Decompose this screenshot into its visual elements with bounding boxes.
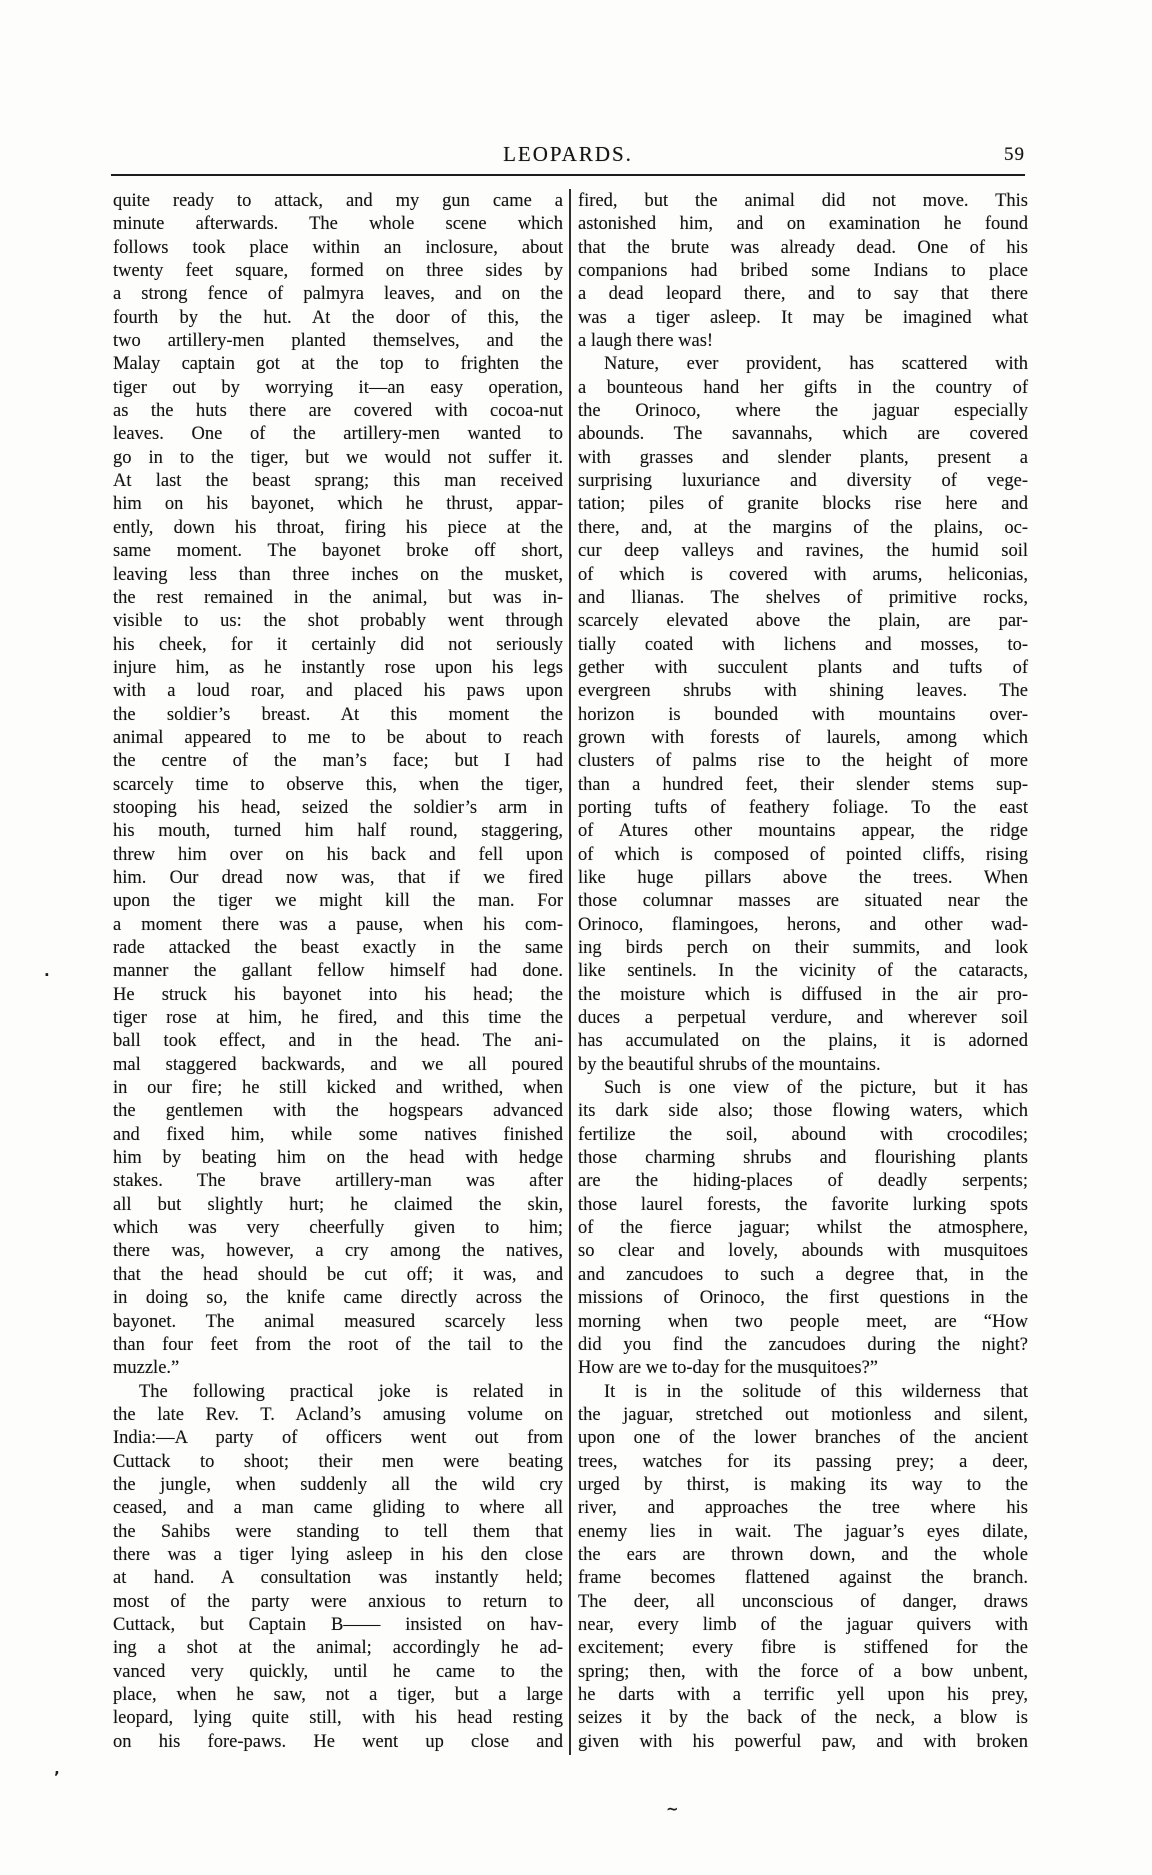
text-line: place, when he saw, not a tiger, but a l… <box>113 1684 563 1707</box>
text-line: and zancudoes to such a degree that, in … <box>578 1264 1028 1287</box>
text-line: bayonet. The animal measured scarcely le… <box>113 1311 563 1334</box>
text-line: follows took place within an inclosure, … <box>113 237 563 260</box>
text-line: at hand. A consultation was instantly he… <box>113 1567 563 1590</box>
text-line: It is in the solitude of this wilderness… <box>578 1381 1028 1404</box>
text-line: of which is covered with arums, heliconi… <box>578 564 1028 587</box>
paragraph: It is in the solitude of this wilderness… <box>578 1381 1028 1755</box>
text-line: gether with succulent plants and tufts o… <box>578 657 1028 680</box>
text-line: animal appeared to me to be about to rea… <box>113 727 563 750</box>
text-line: him on his bayonet, which he thrust, app… <box>113 493 563 516</box>
book-page: LEOPARDS. 59 quite ready to attack, and … <box>0 0 1152 1875</box>
text-line: a bounteous hand her gifts in the countr… <box>578 377 1028 400</box>
text-line: threw him over on his back and fell upon <box>113 844 563 867</box>
text-line: the soldier’s breast. At this moment the <box>113 704 563 727</box>
text-line: Orinoco, flamingoes, herons, and other w… <box>578 914 1028 937</box>
text-line: the moisture which is diffused in the ai… <box>578 984 1028 1007</box>
text-line: porting tufts of feathery foliage. To th… <box>578 797 1028 820</box>
text-line: ing birds perch on their summits, and lo… <box>578 937 1028 960</box>
text-line: excitement; every fibre is stiffened for… <box>578 1637 1028 1660</box>
text-line: visible to us: the shot probably went th… <box>113 610 563 633</box>
text-line: than a hundred feet, their slender stems… <box>578 774 1028 797</box>
text-line: its dark side also; those flowing waters… <box>578 1100 1028 1123</box>
text-line: India:—A party of officers went out from <box>113 1427 563 1450</box>
text-line: Cuttack to shoot; their men were beating <box>113 1451 563 1474</box>
text-line: companions had bribed some Indians to pl… <box>578 260 1028 283</box>
left-column: quite ready to attack, and my gun came a… <box>113 190 563 1754</box>
text-line: horizon is bounded with mountains over- <box>578 704 1028 727</box>
right-column: fired, but the animal did not move. This… <box>578 190 1028 1754</box>
text-line: that the head should be cut off; it was,… <box>113 1264 563 1287</box>
text-line: fertilize the soil, abound with crocodil… <box>578 1124 1028 1147</box>
text-line: The following practical joke is related … <box>113 1381 563 1404</box>
text-line: river, and approaches the tree where his <box>578 1497 1028 1520</box>
text-line: there was, however, a cry among the nati… <box>113 1240 563 1263</box>
text-line: Such is one view of the picture, but it … <box>578 1077 1028 1100</box>
text-line: he darts with a terrific yell upon his p… <box>578 1684 1028 1707</box>
text-line: ing a shot at the animal; accordingly he… <box>113 1637 563 1660</box>
text-line: given with his powerful paw, and with br… <box>578 1731 1028 1754</box>
text-line: a dead leopard there, and to say that th… <box>578 283 1028 306</box>
text-line: missions of Orinoco, the first questions… <box>578 1287 1028 1310</box>
text-line: stakes. The brave artillery-man was afte… <box>113 1170 563 1193</box>
text-line: enemy lies in wait. The jaguar’s eyes di… <box>578 1521 1028 1544</box>
text-line: a laugh there was! <box>578 330 1028 353</box>
text-line: the centre of the man’s face; but I had <box>113 750 563 773</box>
text-line: the late Rev. T. Acland’s amusing volume… <box>113 1404 563 1427</box>
page-header: LEOPARDS. 59 <box>111 142 1025 168</box>
text-line: than four feet from the root of the tail… <box>113 1334 563 1357</box>
text-line: muzzle.” <box>113 1357 563 1380</box>
paragraph: Such is one view of the picture, but it … <box>578 1077 1028 1380</box>
text-line: cur deep valleys and ravines, the humid … <box>578 540 1028 563</box>
text-line: on his fore-paws. He went up close and <box>113 1731 563 1754</box>
text-line: as the huts there are covered with cocoa… <box>113 400 563 423</box>
text-line: there was a tiger lying asleep in his de… <box>113 1544 563 1567</box>
text-line: leaving less than three inches on the mu… <box>113 564 563 587</box>
paragraph: quite ready to attack, and my gun came a… <box>113 190 563 1381</box>
text-line: tiger rose at him, he fired, and this ti… <box>113 1007 563 1030</box>
text-line: vanced very quickly, until he came to th… <box>113 1661 563 1684</box>
text-line: urged by thirst, is making its way to th… <box>578 1474 1028 1497</box>
text-line: are the hiding-places of deadly serpents… <box>578 1170 1028 1193</box>
text-line: was a tiger asleep. It may be imagined w… <box>578 307 1028 330</box>
text-line: so clear and lovely, abounds with musqui… <box>578 1240 1028 1263</box>
text-line: most of the party were anxious to return… <box>113 1591 563 1614</box>
header-rule <box>111 174 1025 176</box>
text-line: rade attacked the beast exactly in the s… <box>113 937 563 960</box>
text-line: astonished him, and on examination he fo… <box>578 213 1028 236</box>
paragraph: Nature, ever provident, has scattered wi… <box>578 353 1028 1077</box>
text-line: The deer, all unconscious of danger, dra… <box>578 1591 1028 1614</box>
text-line: duces a perpetual verdure, and wherever … <box>578 1007 1028 1030</box>
text-line: of which is composed of pointed cliffs, … <box>578 844 1028 867</box>
text-line: the Sahibs were standing to tell them th… <box>113 1521 563 1544</box>
text-line: minute afterwards. The whole scene which <box>113 213 563 236</box>
text-line: in doing so, the knife came directly acr… <box>113 1287 563 1310</box>
text-line: ball took effect, and in the head. The a… <box>113 1030 563 1053</box>
text-line: twenty feet square, formed on three side… <box>113 260 563 283</box>
text-line: there, and, at the margins of the plains… <box>578 517 1028 540</box>
text-line: surprising luxuriance and diversity of v… <box>578 470 1028 493</box>
text-line: evergreen shrubs with shining leaves. Th… <box>578 680 1028 703</box>
text-line: that the brute was already dead. One of … <box>578 237 1028 260</box>
text-line: all but slightly hurt; he claimed the sk… <box>113 1194 563 1217</box>
text-line: Malay captain got at the top to frighten… <box>113 353 563 376</box>
text-line: spring; then, with the force of a bow un… <box>578 1661 1028 1684</box>
text-line: the jaguar, stretched out motionless and… <box>578 1404 1028 1427</box>
text-line: like huge pillars above the trees. When <box>578 867 1028 890</box>
text-line: ently, down his throat, firing his piece… <box>113 517 563 540</box>
text-line: manner the gallant fellow himself had do… <box>113 960 563 983</box>
text-line: scarcely time to observe this, when the … <box>113 774 563 797</box>
text-line: those laurel forests, the favorite lurki… <box>578 1194 1028 1217</box>
text-line: injure him, as he instantly rose upon hi… <box>113 657 563 680</box>
ink-speck: · <box>44 966 50 984</box>
text-line: the ears are thrown down, and the whole <box>578 1544 1028 1567</box>
text-line: grown with forests of laurels, among whi… <box>578 727 1028 750</box>
page-title: LEOPARDS. <box>111 142 1025 167</box>
text-line: morning when two people meet, are “How <box>578 1311 1028 1334</box>
text-line: which was very cheerfully given to him; <box>113 1217 563 1240</box>
text-line: has accumulated on the plains, it is ado… <box>578 1030 1028 1053</box>
text-line: and fixed him, while some natives finish… <box>113 1124 563 1147</box>
text-line: his cheek, for it certainly did not seri… <box>113 634 563 657</box>
text-line: leopard, lying quite still, with his hea… <box>113 1707 563 1730</box>
text-line: and llianas. The shelves of primitive ro… <box>578 587 1028 610</box>
text-line: leaves. One of the artillery-men wanted … <box>113 423 563 446</box>
text-line: the rest remained in the animal, but was… <box>113 587 563 610</box>
text-line: two artillery-men planted themselves, an… <box>113 330 563 353</box>
text-line: upon one of the lower branches of the an… <box>578 1427 1028 1450</box>
text-line: He struck his bayonet into his head; the <box>113 984 563 1007</box>
text-line: Nature, ever provident, has scattered wi… <box>578 353 1028 376</box>
text-line: upon the tiger we might kill the man. Fo… <box>113 890 563 913</box>
text-line: ceased, and a man came gliding to where … <box>113 1497 563 1520</box>
text-line: tation; piles of granite blocks rise her… <box>578 493 1028 516</box>
text-line: fourth by the hut. At the door of this, … <box>113 307 563 330</box>
text-line: those columnar masses are situated near … <box>578 890 1028 913</box>
text-line: How are we to-day for the musquitoes?” <box>578 1357 1028 1380</box>
text-line: like sentinels. In the vicinity of the c… <box>578 960 1028 983</box>
text-line: trees, watches for its passing prey; a d… <box>578 1451 1028 1474</box>
text-line: stooping his head, seized the soldier’s … <box>113 797 563 820</box>
text-line: his mouth, turned him half round, stagge… <box>113 820 563 843</box>
text-line: in our fire; he still kicked and writhed… <box>113 1077 563 1100</box>
column-divider <box>569 189 571 1755</box>
page-number: 59 <box>1004 144 1025 166</box>
text-line: tiger out by worrying it—an easy operati… <box>113 377 563 400</box>
text-line: those charming shrubs and flourishing pl… <box>578 1147 1028 1170</box>
text-line: did you find the zancudoes during the ni… <box>578 1334 1028 1357</box>
text-line: Cuttack, but Captain B—— insisted on hav… <box>113 1614 563 1637</box>
text-line: go in to the tiger, but we would not suf… <box>113 447 563 470</box>
text-line: the Orinoco, where the jaguar especially <box>578 400 1028 423</box>
text-line: of Atures other mountains appear, the ri… <box>578 820 1028 843</box>
text-line: quite ready to attack, and my gun came a <box>113 190 563 213</box>
text-line: of the fierce jaguar; whilst the atmosph… <box>578 1217 1028 1240</box>
text-line: fired, but the animal did not move. This <box>578 190 1028 213</box>
paragraph: The following practical joke is related … <box>113 1381 563 1755</box>
text-line: clusters of palms rise to the height of … <box>578 750 1028 773</box>
text-line: with a loud roar, and placed his paws up… <box>113 680 563 703</box>
text-line: him by beating him on the head with hedg… <box>113 1147 563 1170</box>
text-line: same moment. The bayonet broke off short… <box>113 540 563 563</box>
text-line: a moment there was a pause, when his com… <box>113 914 563 937</box>
ink-speck: ~ <box>666 1800 679 1818</box>
text-line: frame becomes flattened against the bran… <box>578 1567 1028 1590</box>
text-line: near, every limb of the jaguar quivers w… <box>578 1614 1028 1637</box>
ink-speck: ’ <box>54 1768 60 1786</box>
text-line: him. Our dread now was, that if we fired <box>113 867 563 890</box>
text-line: At last the beast sprang; this man recei… <box>113 470 563 493</box>
text-line: by the beautiful shrubs of the mountains… <box>578 1054 1028 1077</box>
text-line: mal staggered backwards, and we all pour… <box>113 1054 563 1077</box>
text-line: tially coated with lichens and mosses, t… <box>578 634 1028 657</box>
text-line: the gentlemen with the hogspears advance… <box>113 1100 563 1123</box>
paragraph: fired, but the animal did not move. This… <box>578 190 1028 353</box>
text-line: a strong fence of palmyra leaves, and on… <box>113 283 563 306</box>
text-line: the jungle, when suddenly all the wild c… <box>113 1474 563 1497</box>
text-line: with grasses and slender plants, present… <box>578 447 1028 470</box>
text-line: abounds. The savannahs, which are covere… <box>578 423 1028 446</box>
text-line: scarcely elevated above the plain, are p… <box>578 610 1028 633</box>
text-line: seizes it by the back of the neck, a blo… <box>578 1707 1028 1730</box>
